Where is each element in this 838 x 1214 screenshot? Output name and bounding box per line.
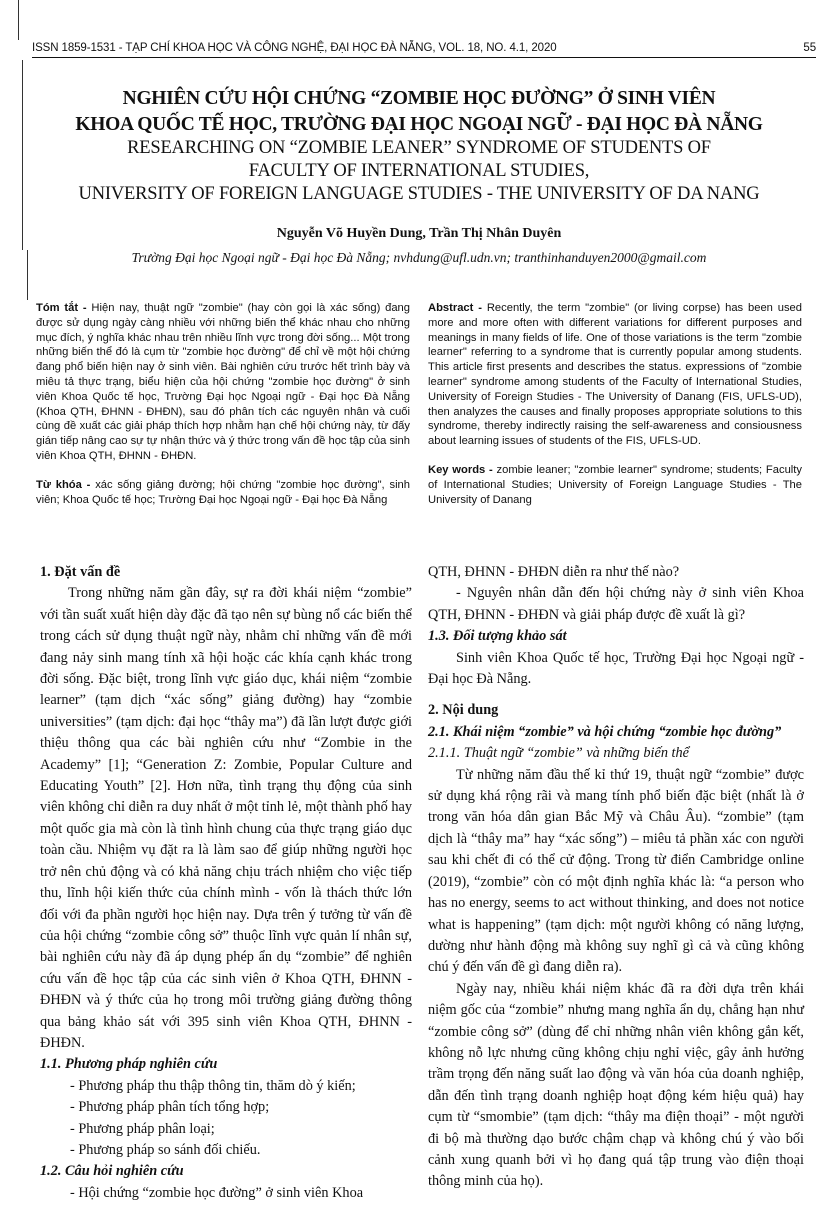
page-number: 55 [803, 42, 816, 54]
abstract-vn-label: Tóm tắt - [36, 302, 87, 314]
method-item: - Phương pháp so sánh đối chiếu. [40, 1140, 412, 1161]
title-english-line3: UNIVERSITY OF FOREIGN LANGUAGE STUDIES -… [0, 183, 838, 206]
research-question-1-start: - Hội chứng “zombie học đường” ở sinh vi… [40, 1183, 412, 1204]
section-heading-1: 1. Đặt vấn đề [40, 562, 412, 583]
subsection-heading-1-3: 1.3. Đối tượng khảo sát [428, 626, 804, 647]
keywords-vn-label: Từ khóa - [36, 479, 90, 491]
method-item: - Phương pháp thu thập thông tin, thăm d… [40, 1076, 412, 1097]
abstract-en-label: Abstract - [428, 302, 482, 314]
abstract-vn-text: Hiện nay, thuật ngữ "zombie" (hay còn gọ… [36, 302, 410, 462]
journal-header: ISSN 1859-1531 - TẠP CHÍ KHOA HỌC VÀ CÔN… [32, 42, 816, 58]
keywords-vn-text: xác sống giảng đường; hội chứng "zombie … [36, 479, 410, 506]
body-left-column: 1. Đặt vấn đề Trong những năm gần đây, s… [40, 562, 412, 1204]
section2-paragraph-1: Từ những năm đầu thế kỉ thứ 19, thuật ng… [428, 765, 804, 979]
abstract-english: Abstract - Recently, the term "zombie" (… [428, 301, 802, 507]
paper-page: ISSN 1859-1531 - TẠP CHÍ KHOA HỌC VÀ CÔN… [0, 0, 838, 1214]
method-item: - Phương pháp phân loại; [40, 1119, 412, 1140]
abstract-vietnamese: Tóm tắt - Hiện nay, thuật ngữ "zombie" (… [36, 301, 410, 507]
research-question-1-end: QTH, ĐHNN - ĐHĐN diễn ra như thế nào? [428, 562, 804, 583]
subsection-heading-2-1: 2.1. Khái niệm “zombie” và hội chứng “zo… [428, 722, 804, 743]
authors: Nguyễn Võ Huyền Dung, Trần Thị Nhân Duyê… [0, 226, 838, 242]
journal-citation: ISSN 1859-1531 - TẠP CHÍ KHOA HỌC VÀ CÔN… [32, 42, 557, 54]
keywords-en-label: Key words - [428, 464, 493, 476]
section1-paragraph: Trong những năm gần đây, sự ra đời khái … [40, 583, 412, 1054]
title-vietnamese-line2: KHOA QUỐC TẾ HỌC, TRƯỜNG ĐẠI HỌC NGOẠI N… [0, 112, 838, 138]
section2-paragraph-2: Ngày nay, nhiều khái niệm khác đã ra đời… [428, 979, 804, 1193]
research-question-2: - Nguyên nhân dẫn đến hội chứng này ở si… [428, 583, 804, 626]
scan-margin-line [18, 0, 19, 40]
abstract-en-text: Recently, the term "zombie" (or living c… [428, 302, 802, 447]
section-heading-2: 2. Nội dung [428, 700, 804, 721]
method-item: - Phương pháp phân tích tổng hợp; [40, 1097, 412, 1118]
survey-subjects: Sinh viên Khoa Quốc tế học, Trường Đại h… [428, 648, 804, 691]
affiliation: Trường Đại học Ngoại ngữ - Đại học Đà Nẵ… [0, 250, 838, 266]
subsection-heading-1-1: 1.1. Phương pháp nghiên cứu [40, 1054, 412, 1075]
subsection-heading-1-2: 1.2. Câu hỏi nghiên cứu [40, 1161, 412, 1182]
title-english-line2: FACULTY OF INTERNATIONAL STUDIES, [0, 160, 838, 183]
title-vietnamese-line1: NGHIÊN CỨU HỘI CHỨNG “ZOMBIE HỌC ĐƯỜNG” … [0, 86, 838, 112]
body-right-column: QTH, ĐHNN - ĐHĐN diễn ra như thế nào? - … [428, 562, 804, 1193]
subsection-heading-2-1-1: 2.1.1. Thuật ngữ “zombie” và những biến … [428, 743, 804, 764]
title-english-line1: RESEARCHING ON “ZOMBIE LEANER” SYNDROME … [0, 137, 838, 160]
